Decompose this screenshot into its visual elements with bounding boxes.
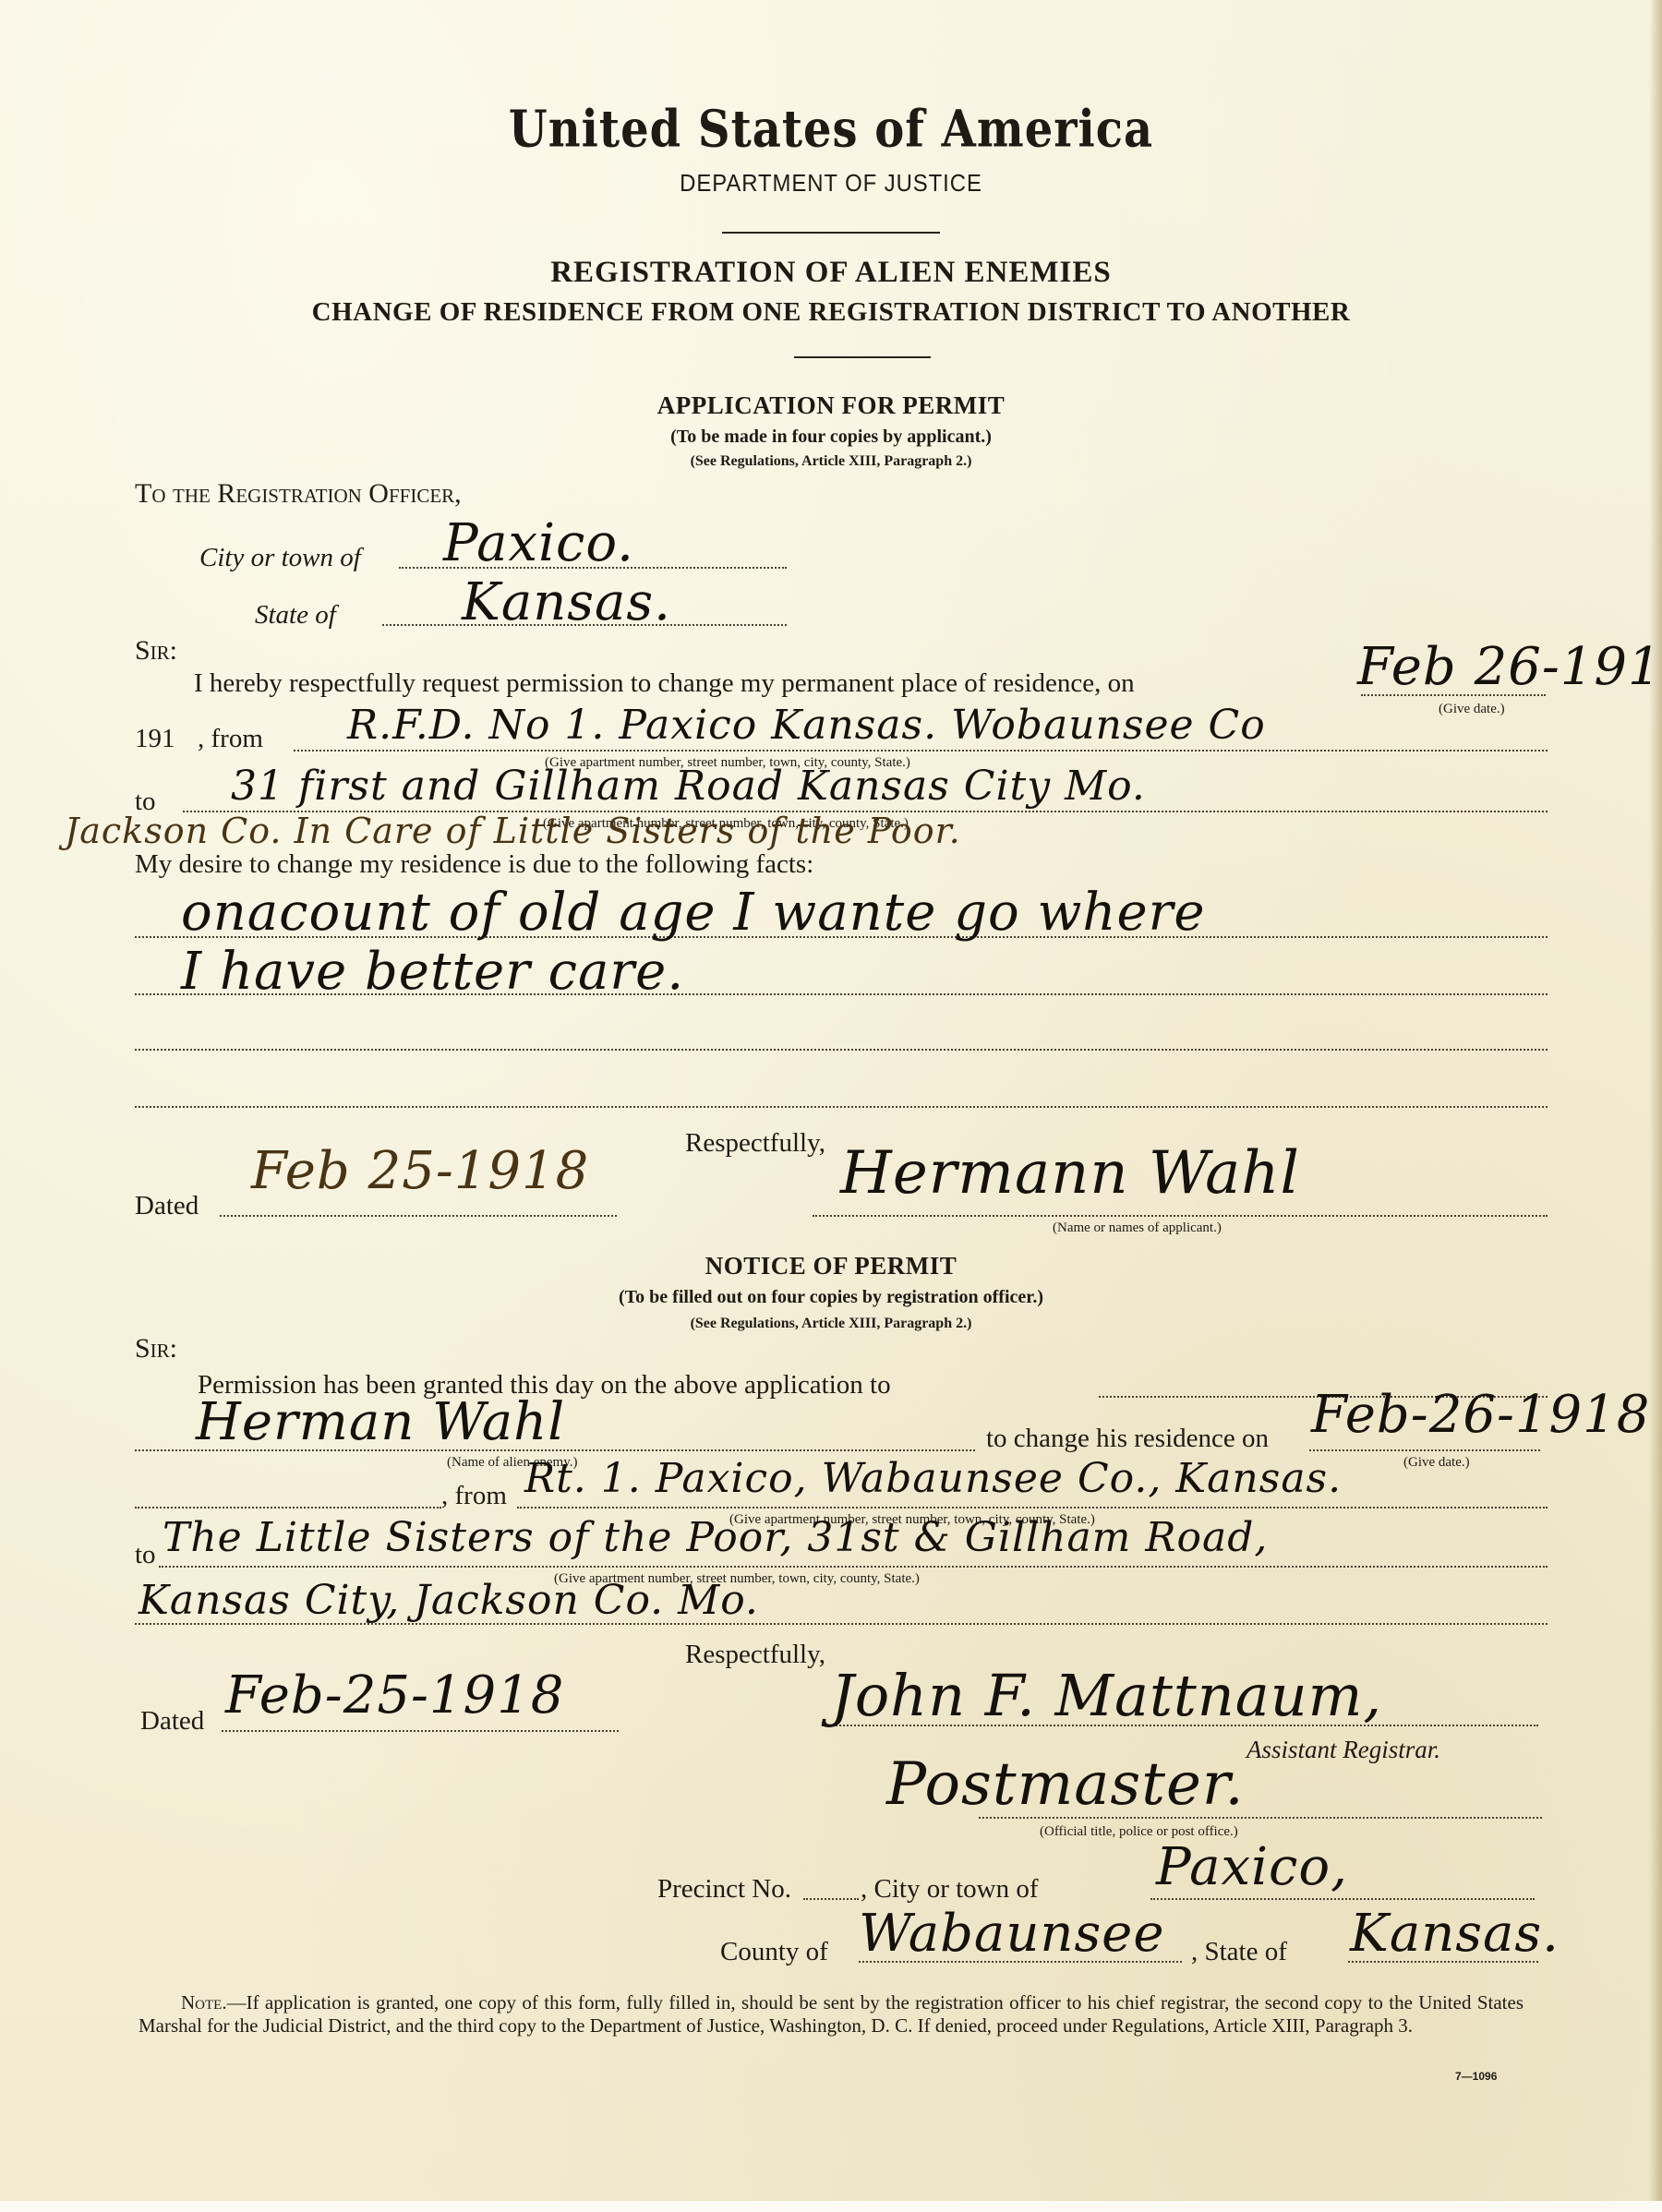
from-address-field[interactable]: R.F.D. No 1. Paxico Kansas. Wobaunsee Co <box>347 702 1266 749</box>
notice-salutation: Sir: <box>135 1333 177 1364</box>
change-label: to change his residence on <box>986 1424 1269 1454</box>
notice-to-line <box>159 1566 1548 1568</box>
notice-city-label: , City or town of <box>861 1874 1039 1905</box>
reason-field-1[interactable]: onacount of old age I wante go where <box>181 883 1206 943</box>
signature-line <box>813 1215 1548 1217</box>
notice-state-label: , State of <box>1191 1937 1287 1967</box>
change-date-line <box>1309 1449 1540 1451</box>
from-field-line <box>294 750 1548 751</box>
precinct-line <box>803 1898 859 1900</box>
paper-edge <box>1649 0 1662 2212</box>
notice-dated-field[interactable]: Feb-25-1918 <box>225 1665 564 1725</box>
county-label: County of <box>720 1937 828 1967</box>
dated-field-line <box>220 1215 617 1217</box>
notice-to-field-continued[interactable]: Kansas City, Jackson Co. Mo. <box>138 1577 759 1624</box>
to-address-continued[interactable]: Jackson Co. In Care of Little Sisters of… <box>65 811 961 851</box>
closing: Respectfully, <box>685 1128 825 1159</box>
move-date-field[interactable]: Feb 26-1918. <box>1357 637 1662 697</box>
form-title: REGISTRATION OF ALIEN ENEMIES <box>0 256 1662 290</box>
application-heading: APPLICATION FOR PERMIT <box>0 391 1662 420</box>
official-title-field[interactable]: Postmaster. <box>886 1750 1245 1819</box>
divider <box>794 356 931 358</box>
application-instruction: (To be made in four copies by applicant.… <box>0 427 1662 448</box>
county-field[interactable]: Wabaunsee <box>859 1904 1164 1964</box>
notice-to-label: to <box>135 1540 156 1570</box>
notice-city-field[interactable]: Paxico, <box>1156 1837 1348 1897</box>
form-number: 7—1096 <box>1455 2070 1497 2083</box>
form-subtitle: CHANGE OF RESIDENCE FROM ONE REGISTRATIO… <box>0 297 1662 328</box>
applicant-signature[interactable]: Hermann Wahl <box>840 1139 1300 1208</box>
paper-edge-bottom <box>0 2201 1662 2212</box>
officer-signature[interactable]: John F. Mattnaum, <box>831 1662 1382 1729</box>
notice-from-field[interactable]: Rt. 1. Paxico, Wabaunsee Co., Kansas. <box>524 1455 1342 1502</box>
to-address-field[interactable]: 31 first and Gillham Road Kansas City Mo… <box>231 763 1146 810</box>
precinct-label: Precinct No. <box>657 1874 791 1905</box>
reason-field-2[interactable]: I have better care. <box>181 942 684 1002</box>
notice-dated-line <box>222 1730 619 1732</box>
year-prefix: 191 <box>135 724 175 754</box>
notice-reference: (See Regulations, Article XIII, Paragrap… <box>0 1316 1662 1332</box>
change-date-field[interactable]: Feb-26-1918 <box>1311 1385 1650 1445</box>
notice-closing: Respectfully, <box>685 1640 825 1670</box>
notice-from-line <box>517 1507 1548 1509</box>
state-label: State of <box>255 600 336 631</box>
date-hint: (Give date.) <box>1439 702 1505 717</box>
officer-role: Assistant Registrar. <box>1246 1736 1440 1764</box>
alien-name-field[interactable]: Herman Wahl <box>196 1392 565 1452</box>
addressee: To the Registration Officer, <box>135 478 462 510</box>
change-date-hint: (Give date.) <box>1403 1455 1470 1471</box>
notice-city-line <box>1150 1898 1535 1900</box>
document-page: United States of America DEPARTMENT OF J… <box>0 0 1662 2212</box>
signature-hint: (Name or names of applicant.) <box>1053 1220 1222 1236</box>
city-field[interactable]: Paxico. <box>443 513 634 573</box>
department-name: DEPARTMENT OF JUSTICE <box>66 169 1596 198</box>
request-text: I hereby respectfully request permission… <box>194 668 1135 699</box>
notice-state-field[interactable]: Kansas. <box>1350 1904 1560 1964</box>
from-prefix-line <box>135 1507 441 1509</box>
notice-to-field[interactable]: The Little Sisters of the Poor, 31st & G… <box>163 1514 1268 1561</box>
note-text: —If application is granted, one copy of … <box>138 1991 1523 2037</box>
divider <box>722 232 940 234</box>
notice-heading: NOTICE OF PERMIT <box>0 1252 1662 1280</box>
footer-note: Note.—If application is granted, one cop… <box>138 1991 1523 2038</box>
state-field[interactable]: Kansas. <box>462 572 671 632</box>
reason-label: My desire to change my residence is due … <box>135 849 813 880</box>
dated-label: Dated <box>135 1191 199 1221</box>
note-label: Note. <box>181 1991 227 2014</box>
notice-dated-label: Dated <box>140 1706 204 1737</box>
reason-line-4 <box>135 1106 1548 1108</box>
reason-line-3 <box>135 1049 1548 1051</box>
from-label: , from <box>198 724 263 754</box>
country-title: United States of America <box>0 100 1662 159</box>
application-dated-field[interactable]: Feb 25-1918 <box>251 1141 589 1201</box>
notice-from-label: , from <box>441 1481 507 1511</box>
salutation: Sir: <box>135 635 177 667</box>
application-reference: (See Regulations, Article XIII, Paragrap… <box>0 453 1662 470</box>
notice-instruction: (To be filled out on four copies by regi… <box>0 1287 1662 1308</box>
city-label: City or town of <box>199 543 361 573</box>
